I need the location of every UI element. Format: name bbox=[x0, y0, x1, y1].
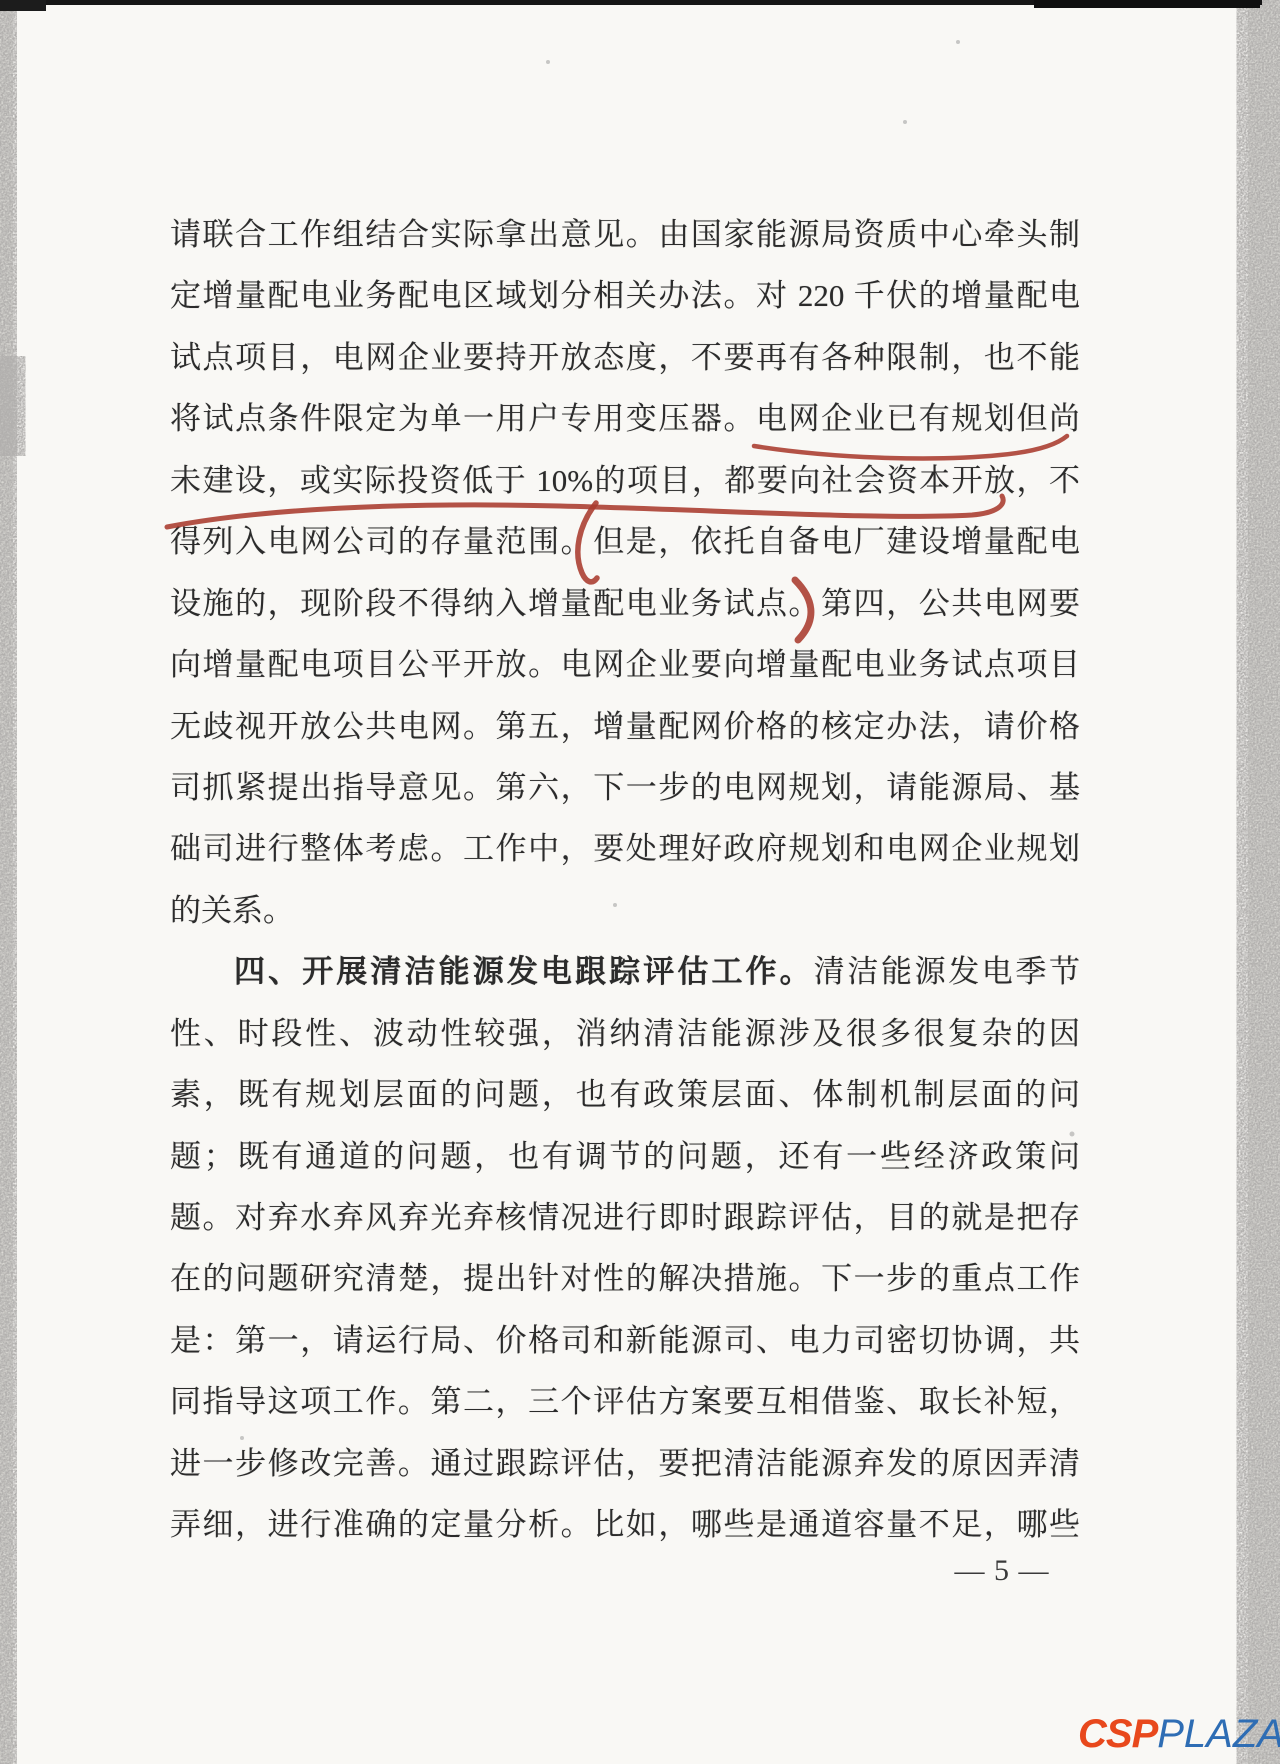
text-line: 司抓紧提出指导意见。第六，下一步的电网规划，请能源局、基 bbox=[170, 757, 1080, 818]
right-edge-strip bbox=[1248, 0, 1280, 1764]
text-line: 是：第一，请运行局、价格司和新能源司、电力司密切协调，共 bbox=[170, 1310, 1080, 1371]
text-line: 得列入电网公司的存量范围。但是，依托自备电厂建设增量配电 bbox=[170, 511, 1080, 572]
text-line: 无歧视开放公共电网。第五，增量配网价格的核定办法，请价格 bbox=[170, 696, 1080, 757]
text-line: 未建设，或实际投资低于 10%的项目，都要向社会资本开放，不 bbox=[170, 450, 1080, 511]
text-line: 础司进行整体考虑。工作中，要处理好政府规划和电网企业规划 bbox=[170, 818, 1080, 879]
left-edge-strip bbox=[0, 0, 13, 1764]
text-line: 试点项目，电网企业要持开放态度，不要再有各种限制，也不能 bbox=[170, 327, 1080, 388]
text-line: 同指导这项工作。第二，三个评估方案要互相借鉴、取长补短， bbox=[170, 1371, 1080, 1432]
paragraph-1: 请联合工作组结合实际拿出意见。由国家能源局资质中心牵头制 定增量配电业务配电区域… bbox=[170, 204, 1080, 941]
text-line: 弄细，进行准确的定量分析。比如，哪些是通道容量不足，哪些 bbox=[170, 1494, 1080, 1555]
text-line: 素，既有规划层面的问题，也有政策层面、体制机制层面的问 bbox=[170, 1064, 1080, 1125]
text-line: 在的问题研究清楚，提出针对性的解决措施。下一步的重点工作 bbox=[170, 1248, 1080, 1309]
text-line: 设施的，现阶段不得纳入增量配电业务试点。第四，公共电网要 bbox=[170, 573, 1080, 634]
cspplaza-watermark-logo: CSPPLAZA bbox=[1078, 1714, 1280, 1754]
text-line: 将试点条件限定为单一用户专用变压器。电网企业已有规划但尚 bbox=[170, 388, 1080, 449]
text-line: 定增量配电业务配电区域划分相关办法。对 220 千伏的增量配电 bbox=[170, 265, 1080, 326]
text-line: 进一步修改完善。通过跟踪评估，要把清洁能源弃发的原因弄清 bbox=[170, 1433, 1080, 1494]
top-scan-line bbox=[0, 0, 1262, 5]
text-line: 请联合工作组结合实际拿出意见。由国家能源局资质中心牵头制 bbox=[170, 204, 1080, 265]
text-line: 题。对弃水弃风弃光弃核情况进行即时跟踪评估，目的就是把存 bbox=[170, 1187, 1080, 1248]
section-heading-line: 四、开展清洁能源发电跟踪评估工作。清洁能源发电季节 bbox=[170, 941, 1080, 1002]
text-line: 的关系。 bbox=[170, 880, 1080, 941]
section-heading: 四、开展清洁能源发电跟踪评估工作。 bbox=[234, 954, 814, 989]
scanned-document-page: 请联合工作组结合实际拿出意见。由国家能源局资质中心牵头制 定增量配电业务配电区域… bbox=[0, 0, 1280, 1764]
page-number: — 5 — bbox=[938, 1554, 1066, 1588]
paragraph-2: 四、开展清洁能源发电跟踪评估工作。清洁能源发电季节 性、时段性、波动性较强，消纳… bbox=[170, 941, 1080, 1555]
text-line: 性、时段性、波动性较强，消纳清洁能源涉及很多很复杂的因 bbox=[170, 1003, 1080, 1064]
document-body-text: 请联合工作组结合实际拿出意见。由国家能源局资质中心牵头制 定增量配电业务配电区域… bbox=[170, 204, 1080, 1556]
heading-continuation: 清洁能源发电季节 bbox=[814, 954, 1080, 989]
csp-logo-text: CSP bbox=[1078, 1712, 1157, 1756]
text-line: 题；既有通道的问题，也有调节的问题，还有一些经济政策问 bbox=[170, 1126, 1080, 1187]
plaza-logo-text: PLAZA bbox=[1157, 1712, 1280, 1756]
text-line: 向增量配电项目公平开放。电网企业要向增量配电业务试点项目 bbox=[170, 634, 1080, 695]
left-edge-smudge bbox=[0, 358, 20, 454]
